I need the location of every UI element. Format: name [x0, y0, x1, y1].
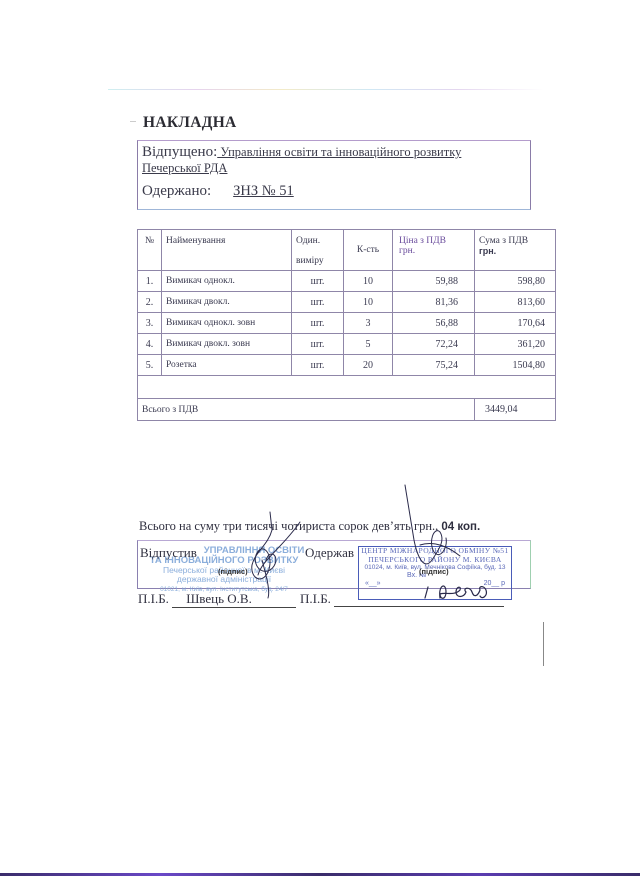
signature-caption-received: (підпис)	[419, 567, 449, 576]
cell-qty: 10	[344, 292, 393, 313]
pib-label-released: П.І.Б.	[138, 591, 169, 606]
cell-price: 75,24	[393, 355, 475, 376]
cell-no: 2.	[138, 292, 162, 313]
released-value: Управління освіти та інноваційного розви…	[217, 145, 461, 159]
amount-words-text: Всього на суму три тисячі чотириста соро…	[139, 519, 441, 533]
received-pib-line: П.І.Б.	[300, 591, 504, 607]
table-header-row: № Найменування Один. виміру К-сть Ціна з…	[138, 230, 556, 271]
released-name: Швець О.В.	[172, 591, 296, 608]
received-line: Одержано:ЗНЗ № 51	[142, 183, 321, 200]
cell-unit: шт.	[292, 292, 344, 313]
cell-name: Вимикач двокл.	[162, 292, 292, 313]
cell-unit: шт.	[292, 355, 344, 376]
header-sum: Сума з ПДВ грн.	[475, 230, 556, 271]
received-name-blank	[334, 592, 504, 607]
cell-unit: шт.	[292, 271, 344, 292]
released-from-line: Відпущено: Управління освіти та інноваці…	[142, 144, 461, 161]
released-pib-line: П.І.Б. Швець О.В.	[138, 591, 296, 608]
table-empty-row	[138, 376, 556, 399]
table-total-row: Всього з ПДВ3449,04	[138, 399, 556, 421]
header-price-line1: Ціна з ПДВ	[399, 236, 446, 246]
cell-name: Вимикач однокл.	[162, 271, 292, 292]
cell-qty: 10	[344, 271, 393, 292]
cell-qty: 3	[344, 313, 393, 334]
cell-sum: 813,60	[475, 292, 556, 313]
table-row: 1.Вимикач однокл.шт.1059,88598,80	[138, 271, 556, 292]
header-unit-line1: Один.	[296, 236, 320, 246]
signature-caption-released: (підпис)	[218, 567, 248, 576]
header-unit: Один. виміру	[292, 230, 344, 271]
stamp-right-date-right: 20__ р	[484, 580, 505, 588]
cell-name: Розетка	[162, 355, 292, 376]
cell-sum: 598,80	[475, 271, 556, 292]
cell-no: 3.	[138, 313, 162, 334]
header-name: Найменування	[162, 230, 292, 271]
cell-no: 5.	[138, 355, 162, 376]
stamp-right-line5: «__» 20__ р	[359, 580, 511, 588]
cell-unit: шт.	[292, 334, 344, 355]
total-label: Всього з ПДВ	[138, 399, 475, 421]
header-price-line2: грн.	[399, 246, 415, 256]
cell-price: 81,36	[393, 292, 475, 313]
table-row: 2.Вимикач двокл.шт.1081,36813,60	[138, 292, 556, 313]
cell-no: 4.	[138, 334, 162, 355]
cell-qty: 5	[344, 334, 393, 355]
header-sum-line1: Сума з ПДВ	[479, 236, 528, 246]
amount-in-words: Всього на суму три тисячі чотириста соро…	[139, 519, 480, 534]
header-sum-line2: грн.	[479, 246, 496, 256]
cell-price: 72,24	[393, 334, 475, 355]
handwritten-signatures	[0, 0, 640, 876]
header-unit-line2: виміру	[296, 256, 339, 266]
table-row: 5.Розеткашт.2075,241504,80	[138, 355, 556, 376]
pib-label-received: П.І.Б.	[300, 591, 331, 606]
cell-sum: 1504,80	[475, 355, 556, 376]
header-qty: К-сть	[344, 230, 393, 271]
cell-price: 56,88	[393, 313, 475, 334]
scan-tick-mark	[130, 121, 136, 122]
released-by-label: Відпустив	[140, 545, 197, 561]
goods-table: № Найменування Один. виміру К-сть Ціна з…	[137, 229, 556, 421]
cell-name: Вимикач двокл. зовн	[162, 334, 292, 355]
cell-price: 59,88	[393, 271, 475, 292]
received-by-label: Одержав	[305, 545, 354, 561]
released-label: Відпущено:	[142, 144, 217, 160]
stamp-right-date-left: «__»	[365, 580, 381, 588]
released-value-line2: Печерської РДА	[142, 161, 227, 176]
stamp-right-line2: ПЕЧЕРСЬКОГО РАЙОНУ М. КИЄВА	[359, 556, 511, 565]
total-value: 3449,04	[475, 399, 556, 421]
header-price: Ціна з ПДВ грн.	[393, 230, 475, 271]
table-row: 4.Вимикач двокл. зовншт.572,24361,20	[138, 334, 556, 355]
scan-margin-line	[543, 622, 544, 666]
document-title: НАКЛАДНА	[143, 114, 237, 132]
stamp-left-line4: державної адміністрації	[140, 575, 308, 584]
received-value: ЗНЗ № 51	[211, 183, 321, 200]
table-row: 3.Вимикач однокл. зовншт.356,88170,64	[138, 313, 556, 334]
scan-artifact-line	[108, 89, 544, 90]
cell-unit: шт.	[292, 313, 344, 334]
received-label: Одержано:	[142, 183, 211, 199]
empty-cell	[138, 376, 556, 399]
cell-qty: 20	[344, 355, 393, 376]
header-no: №	[138, 230, 162, 271]
cell-no: 1.	[138, 271, 162, 292]
cell-name: Вимикач однокл. зовн	[162, 313, 292, 334]
cell-sum: 170,64	[475, 313, 556, 334]
amount-words-kop: 04 коп.	[441, 521, 480, 533]
cell-sum: 361,20	[475, 334, 556, 355]
